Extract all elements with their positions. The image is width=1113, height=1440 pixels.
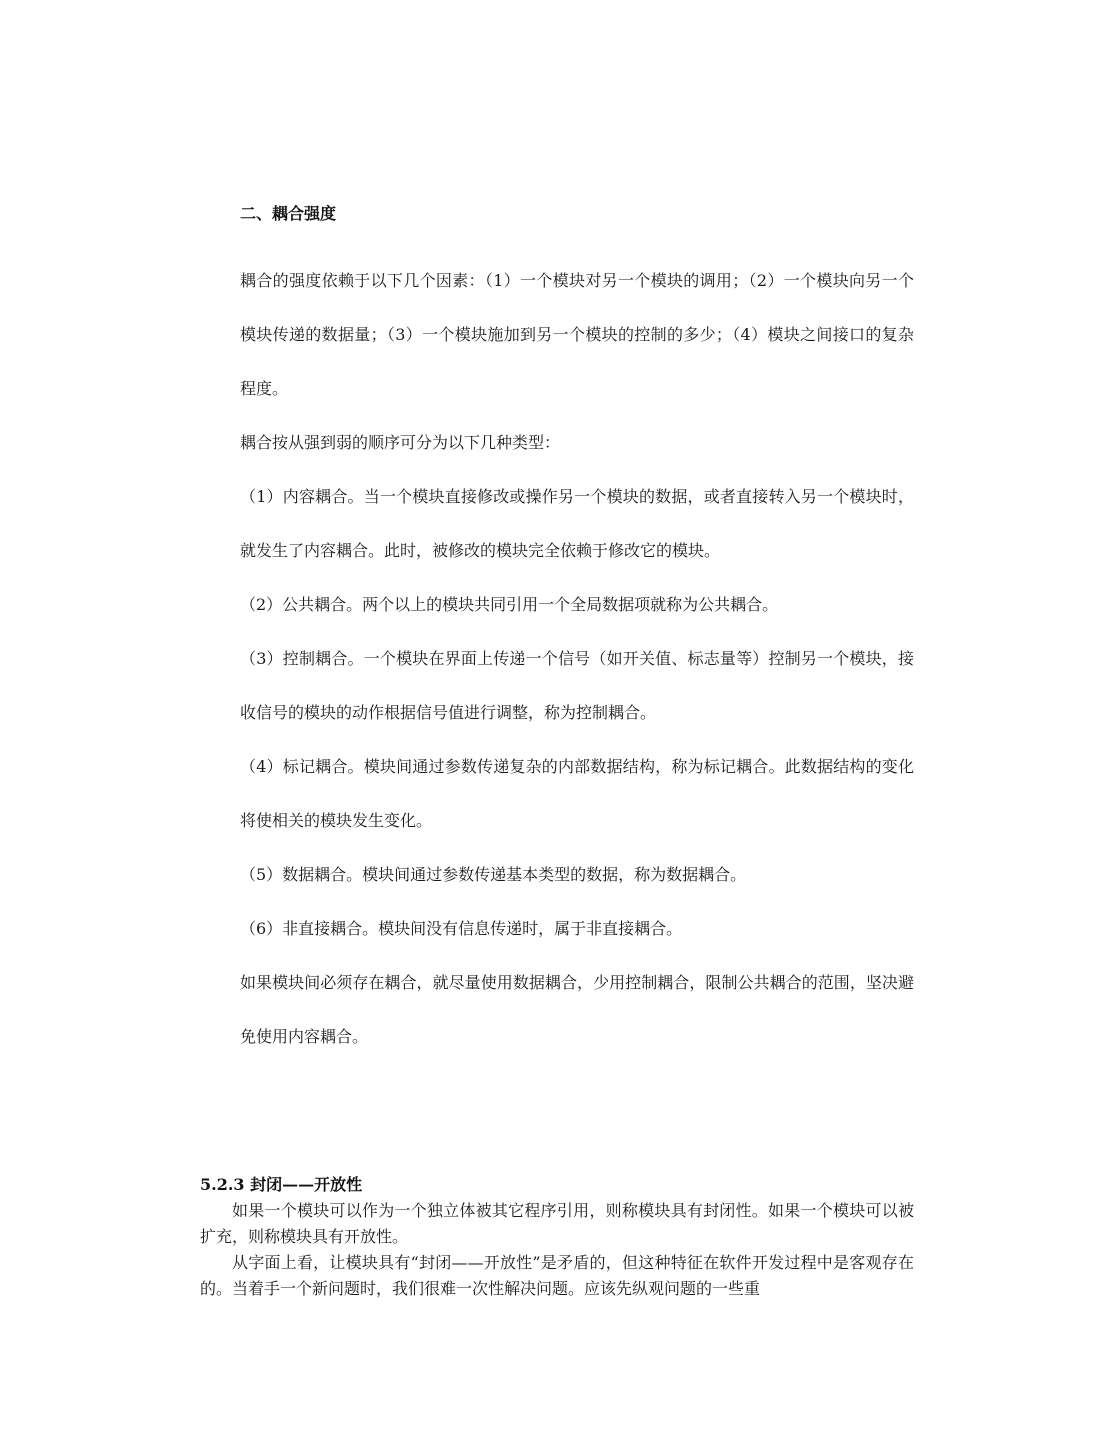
- paragraph-types-intro: 耦合按从强到弱的顺序可分为以下几种类型：: [240, 416, 914, 470]
- paragraph-data-coupling: （5）数据耦合。模块间通过参数传递基本类型的数据，称为数据耦合。: [240, 848, 914, 902]
- paragraph-stamp-coupling: （4）标记耦合。模块间通过参数传递复杂的内部数据结构，称为标记耦合。此数据结构的…: [240, 740, 914, 848]
- paragraph-coupling-advice: 如果模块间必须存在耦合，就尽量使用数据耦合，少用控制耦合，限制公共耦合的范围，坚…: [240, 956, 914, 1064]
- paragraph-control-coupling: （3）控制耦合。一个模块在界面上传递一个信号（如开关值、标志量等）控制另一个模块…: [240, 632, 914, 740]
- section-heading: 5.2.3 封闭——开放性: [200, 1172, 914, 1198]
- paragraph-content-coupling: （1）内容耦合。当一个模块直接修改或操作另一个模块的数据，或者直接转入另一个模块…: [240, 470, 914, 578]
- paragraph-indirect-coupling: （6）非直接耦合。模块间没有信息传递时，属于非直接耦合。: [240, 902, 914, 956]
- paragraph-closed-open-discussion: 从字面上看，让模块具有“封闭——开放性”是矛盾的，但这种特征在软件开发过程中是客…: [200, 1250, 914, 1302]
- paragraph-closed-open-def: 如果一个模块可以作为一个独立体被其它程序引用，则称模块具有封闭性。如果一个模块可…: [200, 1198, 914, 1250]
- paragraph-factors: 耦合的强度依赖于以下几个因素：（1）一个模块对另一个模块的调用；（2）一个模块向…: [240, 254, 914, 416]
- spacer: [240, 228, 914, 254]
- section-heading: 二、耦合强度: [240, 200, 914, 228]
- section-coupling-strength: 二、耦合强度 耦合的强度依赖于以下几个因素：（1）一个模块对另一个模块的调用；（…: [240, 200, 914, 1064]
- document-page: 二、耦合强度 耦合的强度依赖于以下几个因素：（1）一个模块对另一个模块的调用；（…: [0, 0, 1113, 1440]
- section-closed-open: 5.2.3 封闭——开放性 如果一个模块可以作为一个独立体被其它程序引用，则称模…: [200, 1172, 914, 1302]
- paragraph-common-coupling: （2）公共耦合。两个以上的模块共同引用一个全局数据项就称为公共耦合。: [240, 578, 914, 632]
